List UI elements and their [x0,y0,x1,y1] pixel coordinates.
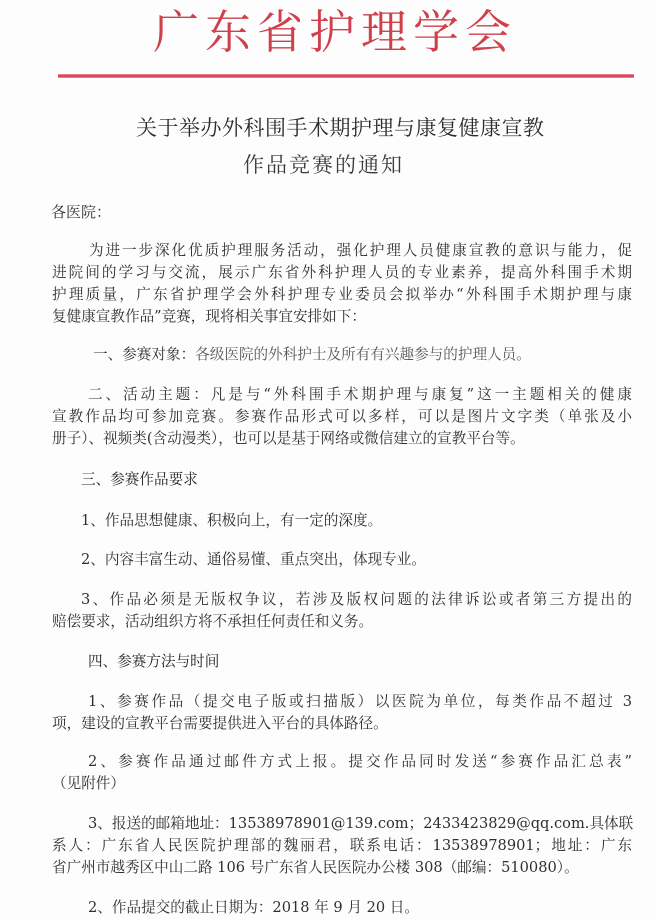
section-text: 各级医院的外科护士及所有有兴趣参与的护理人员。 [195,346,531,363]
section-method-heading: 四、参赛方法与时间 [88,651,219,673]
section-theme-line: 宣教作品均可参加竞赛。参赛作品形式可以多样，可以是图片文字类（单张及小 [52,406,632,428]
section-participants: 一、参赛对象：各级医院的外科护士及所有有兴趣参与的护理人员。 [93,344,531,366]
intro-line: 护理质量，广东省护理学会外科护理专业委员会拟举办“外科围手术期护理与康 [52,284,632,306]
method-item-1: 1、参赛作品（提交电子版或扫描版）以医院为单位，每类作品不超过 3 项，建设的宣… [52,691,632,735]
letterhead-red-rule [58,74,634,78]
section-theme-line: 册子）、视频类(含动漫类），也可以是基于网络或微信建立的宣教平台等。 [52,428,632,450]
document-page: 广东省护理学会 关于举办外科围手术期护理与康复健康宣教 作品竞赛的通知 各医院：… [0,0,656,919]
section-requirements-heading: 三、参赛作品要求 [81,469,198,491]
method-item-deadline: 2、作品提交的截止日期为：2018 年 9 月 20 日。 [88,897,419,919]
section-theme-line: 二、活动主题：凡是与“外科围手术期护理与康复”这一主题相关的健康 [52,384,632,406]
intro-line: 进院间的学习与交流，展示广东省外科护理人员的专业素养，提高外科围手术期 [52,262,632,284]
section-heading: 二、活动主题： [88,386,211,403]
intro-line: 复健康宣教作品”竞赛，现将相关事宜安排如下： [52,306,632,328]
requirement-item-1: 1、作品思想健康、积极向上，有一定的深度。 [81,510,382,532]
notice-title-line-2: 作品竞赛的通知 [243,150,656,180]
notice-title-line-1: 关于举办外科围手术期护理与康复健康宣教 [136,113,656,143]
requirement-item-2: 2、内容丰富生动、通俗易懂、重点突出，体现专业。 [81,549,426,571]
intro-paragraph: 为进一步深化优质护理服务活动，强化护理人员健康宣教的意识与能力，促 进院间的学习… [52,240,632,328]
requirement-item-3: 3、作品必须是无版权争议，若涉及版权问题的法律诉讼或者第三方提出的 赔偿要求，活… [52,589,632,633]
method-item-2: 2、参赛作品通过邮件方式上报。提交作品同时发送“参赛作品汇总表” （见附件） [52,751,632,795]
letterhead-organization-name: 广东省护理学会 [0,4,656,60]
section-theme: 二、活动主题：凡是与“外科围手术期护理与康复”这一主题相关的健康 宣教作品均可参… [52,384,632,450]
method-item-3-contact: 3、报送的邮箱地址：13538978901@139.com；2433423829… [52,813,632,879]
section-heading: 一、参赛对象： [93,346,195,363]
intro-line: 为进一步深化优质护理服务活动，强化护理人员健康宣教的意识与能力，促 [52,240,632,262]
salutation: 各医院： [51,201,111,223]
